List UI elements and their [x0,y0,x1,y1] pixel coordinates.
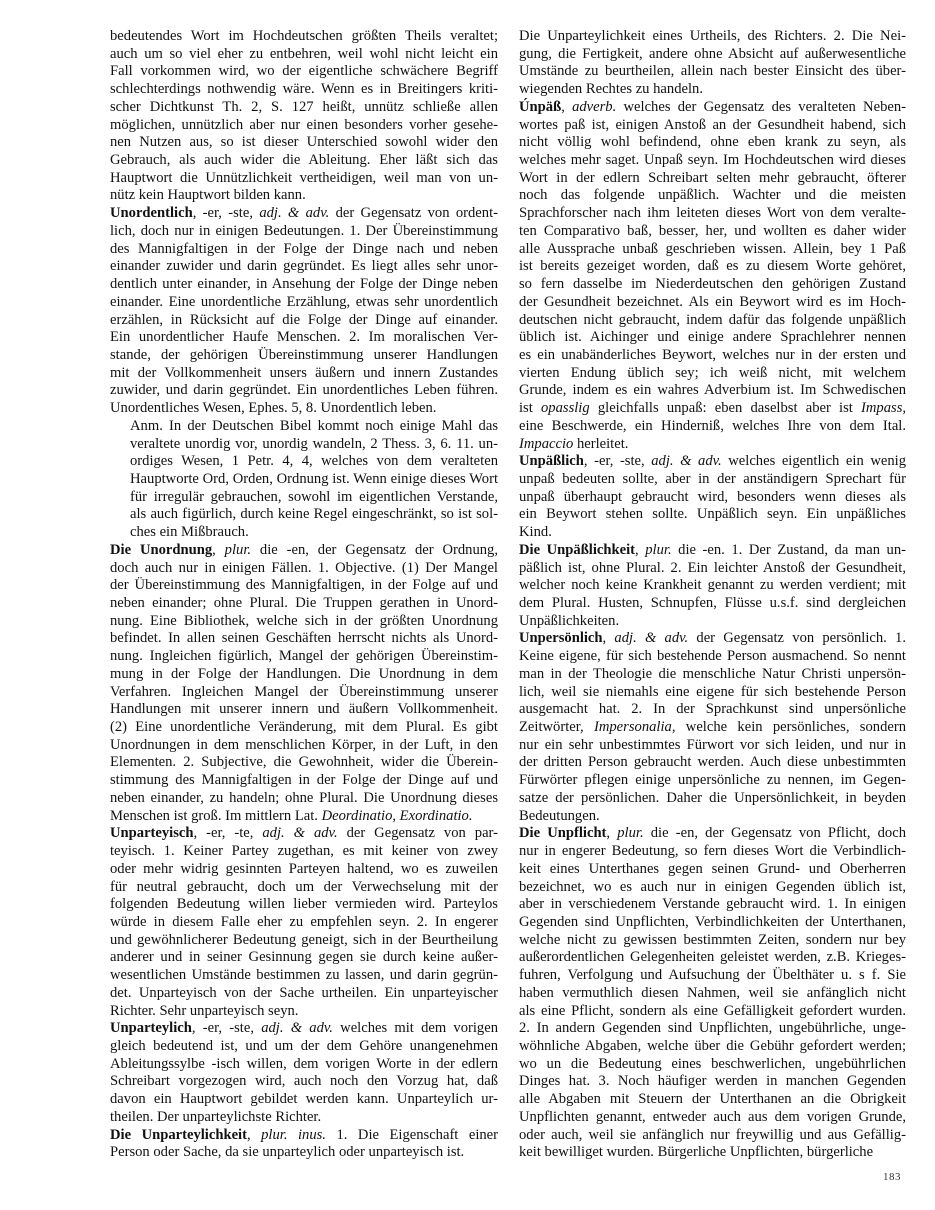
text-line: lich, weil sie niemahls eine eigene für … [519,684,906,702]
text-line: nung. Ingleichen figürlich, Mangel der g… [110,648,498,666]
grammar-label: adj. & adv. [614,630,688,646]
text-line: deutschen nicht gebraucht, indem dafür d… [519,312,906,330]
text-line: welches mehr saget. Unpaß seyn. Im Hochd… [519,152,906,170]
grammar-label: Impass, [861,400,906,416]
text-line: als eine Pflicht, sondern als eine Gefäl… [519,1003,906,1021]
text-line: einander. Eine unordentliche Erzählung, … [110,294,498,312]
text-line: oder mehr widrig gesinnten Parteyen halt… [110,861,498,879]
grammar-label: adverb. [572,99,616,115]
text-line: unpaß bedeuten sollte, aber in der anstä… [519,471,906,489]
text-line: für irregulär gebrauchen, sowohl im eige… [110,489,498,507]
entry-note: Anm. In der Deutschen Bibel kommt noch e… [110,418,498,542]
text-line: man in der Theologie die menschliche Nat… [519,666,906,684]
text-line: es ein unabänderliches Beywort, welches … [519,347,906,365]
text-line: gleich bedeutend ist, und um der dem Geh… [110,1038,498,1056]
text-line: wiegenden Rechtes zu handeln. [519,81,906,99]
text-line: üblich ist. Aichinger und einige andere … [519,329,906,347]
text-line: Umstände zu beurtheilen, allein nach bes… [519,63,906,81]
grammar-label: adj. & adv. [651,453,721,469]
text-line: teyisch. 1. Keiner Partey zugethan, es m… [110,843,498,861]
text-line: Anm. In der Deutschen Bibel kommt noch e… [110,418,498,436]
text-line: nen Nutzen aus, so ist dieser Unterschie… [110,134,498,152]
text-line: auch um so viel eher zu entbehren, weil … [110,46,498,64]
text-line: nung. Eine Bibliothek, welche sich in de… [110,613,498,631]
text-line: Sprachforscher nach ihm leiteten dieses … [519,205,906,223]
headword: Únpäß [519,99,561,115]
text-line: bezeichnet, wo es auch nur in einigen Ge… [519,879,906,897]
headword: Unpersönlich [519,630,603,646]
text-line: satze der persönlichen. Daher die Unpers… [519,790,906,808]
text-line: Richter. Sehr unparteyisch seyn. [110,1003,498,1021]
text-line: neben einander; ohne Plural. Die Truppen… [110,595,498,613]
text-line: Kind. [519,524,906,542]
text-line: außerordentlichen Gelegenheiten geleiste… [519,949,906,967]
headword: Die Unordnung [110,542,212,558]
text-line: für neutral gebraucht, doch um der Verwe… [110,879,498,897]
text-line: anderer und in seiner Gesinnung gegen si… [110,949,498,967]
left-column: bedeutendes Wort im Hochdeutschen größte… [110,28,498,1162]
text-line: mung in der Folge der Handlungen. Die Un… [110,666,498,684]
text-line: Unpäßlich, -er, -ste, adj. & adv. welche… [519,453,906,471]
text-line: so fern dasselbe im Niederdeutschen den … [519,276,906,294]
headword: Unordentlich [110,205,193,221]
text-line: Ein unordentlicher Haufe Menschen. 2. Im… [110,329,498,347]
text-line: ein Beywort stehen sollte. Unpäßlich sey… [519,506,906,524]
text-line: Unordentlich, -er, -ste, adj. & adv. der… [110,205,498,223]
grammar-label: adj. & adv. [261,1020,333,1036]
grammar-label: adj. & adv. [259,205,329,221]
headword: Die Unpflicht [519,825,606,841]
text-line: Gebrauch, als auch wider die Ableitung. … [110,152,498,170]
text-line: lich, doch nur in einigen Bedeutungen. 1… [110,223,498,241]
grammar-label: Impaccio [519,436,573,452]
dictionary-entry: Unpäßlich, -er, -ste, adj. & adv. welche… [519,453,906,542]
text-line: Bedeutungen. [519,808,906,826]
headword: Unpäßlich [519,453,584,469]
text-line: Die Unparteylichkeit, plur. inus. 1. Die… [110,1127,498,1145]
right-column: Die Unparteylichkeit eines Urtheils, des… [519,28,906,1162]
text-line: nur ein sehr unbestimmtes Fürwort vor si… [519,737,906,755]
text-line: Unpäßlichkeiten. [519,613,906,631]
text-line: scher Dichtkunst Th. 2, S. 127 heißt, un… [110,99,498,117]
text-line: theilen. Der unparteylichste Richter. [110,1109,498,1127]
text-line: Keine eigene, für sich bestehende Person… [519,648,906,666]
text-line: folgenden Bedeutung willen lieber vermie… [110,896,498,914]
text-line: päßlich ist, ohne Plural. 2. Ein leichte… [519,560,906,578]
text-line: dentlich unter einander, in Ansehung der… [110,276,498,294]
text-line: nur in engerer Bedeutung, so fern dieses… [519,843,906,861]
text-line: Fall vorkommen wird, wo der eigentliche … [110,63,498,81]
dictionary-entry: Die Unordnung, plur. die -en, der Gegens… [110,542,498,826]
text-line: Handlungen mit unserer innern und äußern… [110,701,498,719]
text-line: dem Plural. Husten, Schnupfen, Flüsse u.… [519,595,906,613]
text-line: keit bewilliget wurden. Bürgerliche Unpf… [519,1144,906,1162]
text-line: nicht völlig wohl befindend, ohne eben k… [519,134,906,152]
text-line: stimmung des Mannigfaltigen in der Folge… [110,772,498,790]
text-line: alle Abgaben mit Steuern der Unterthanen… [519,1091,906,1109]
text-line: keit eines Unterthanes gegen seinen Grun… [519,861,906,879]
headword: Unparteyisch [110,825,194,841]
text-line: einander zuwider und darin gegründet. Es… [110,258,498,276]
text-line: Die Unpflicht, plur. die -en, der Gegens… [519,825,906,843]
text-line: Unordnungen in dem menschlichen Körper, … [110,737,498,755]
text-line: möglichen, unnützlich aber nur einen bes… [110,117,498,135]
dictionary-entry: Die Unpflicht, plur. die -en, der Gegens… [519,825,906,1162]
text-line: haben vermuthlich diesen Nahmen, weil si… [519,985,906,1003]
dictionary-page: bedeutendes Wort im Hochdeutschen größte… [0,0,935,1210]
text-line: Wort in der edlern Schreibart selten meh… [519,170,906,188]
text-line: befindet. In allen seinen Geschäften her… [110,630,498,648]
text-line: Menschen ist groß. Im mittlern Lat. Deor… [110,808,498,826]
text-line: als auch figürlich, durch keine Regel ei… [110,506,498,524]
entry-continuation: Die Unparteylichkeit eines Urtheils, des… [519,28,906,99]
text-line: Unparteylich, -er, -ste, adj. & adv. wel… [110,1020,498,1038]
text-line: ches ein Mißbrauch. [110,524,498,542]
text-line: Zeitwörter, Impersonalia, welche kein pe… [519,719,906,737]
text-line: veraltete unordig vor, unordig wandeln, … [110,436,498,454]
text-line: unpaß überhaupt gebraucht wird, besonder… [519,489,906,507]
text-line: Die Unparteylichkeit eines Urtheils, des… [519,28,906,46]
text-line: bedeutendes Wort im Hochdeutschen größte… [110,28,498,46]
text-line: welche nicht zu gewissen bestimmten Zeit… [519,932,906,950]
dictionary-entry: Unparteyisch, -er, -te, adj. & adv. der … [110,825,498,1020]
text-line: noch das folgende unpäßlich. Wachter und… [519,187,906,205]
text-line: wöhnliche Abgaben, welche über die Gebüh… [519,1038,906,1056]
dictionary-entry: Unordentlich, -er, -ste, adj. & adv. der… [110,205,498,418]
text-line: zuwider, und darin gegründet. Ein unorde… [110,382,498,400]
text-line: Die Unpäßlichkeit, plur. die -en. 1. Der… [519,542,906,560]
text-line: Schreibart vorgezogen wird, auch noch de… [110,1073,498,1091]
text-line: wo un die Bedeutung eines beschwerlichen… [519,1056,906,1074]
text-line: wortes paß ist, einigen Anstoß an der Ge… [519,117,906,135]
grammar-label: plur. inus. [261,1127,326,1143]
text-line: und gewöhnlicherer Bedeutung geneigt, si… [110,932,498,950]
text-line: Gegenden sind Unpflichten, Verbindlichke… [519,914,906,932]
grammar-label: plur. [225,542,251,558]
dictionary-entry: Unpersönlich, adj. & adv. der Gegensatz … [519,630,906,825]
entry-continuation: bedeutendes Wort im Hochdeutschen größte… [110,28,498,205]
text-line: Unordentliches Wesen, Ephes. 5, 8. Unord… [110,400,498,418]
text-line: nütz kein Hauptwort bilden kann. [110,187,498,205]
text-line: des Mannigfaltigen in der Folge der Ding… [110,241,498,259]
text-line: aber in verschiedenem Verstande gebrauch… [519,896,906,914]
text-line: Únpäß, adverb. welches der Gegensatz des… [519,99,906,117]
text-line: davon ein Hauptwort gebildet werden kann… [110,1091,498,1109]
text-line: Elementen. 2. Subjective, die Gewohnheit… [110,754,498,772]
text-line: Fürwörter pflegen einige unpersönliche z… [519,772,906,790]
text-line: ausgemacht hat. 2. In der Sprachkunst si… [519,701,906,719]
text-line: Dinges hat. 3. Noch häufiger werden in m… [519,1073,906,1091]
text-line: Unpersönlich, adj. & adv. der Gegensatz … [519,630,906,648]
text-line: Unparteyisch, -er, -te, adj. & adv. der … [110,825,498,843]
text-line: welcher noch keine Krankheit genannt zu … [519,577,906,595]
text-line: 2. In andern Gegenden sind Unpflichten, … [519,1020,906,1038]
text-line: Die Unordnung, plur. die -en, der Gegens… [110,542,498,560]
text-line: Hauptworte Ord, Orden, Ordnung ist. Wenn… [110,471,498,489]
text-line: oder auch, weil sie anfänglich nur freyw… [519,1127,906,1145]
dictionary-entry: Die Unparteylichkeit, plur. inus. 1. Die… [110,1127,498,1162]
headword: Die Unparteylichkeit [110,1127,247,1143]
text-line: der Übereinstimmung des Mannigfaltigen, … [110,577,498,595]
grammar-label: Impersonalia, [594,719,675,735]
grammar-label: plur. [617,825,643,841]
text-line: Unpflichten genannt, entweder auch aus d… [519,1109,906,1127]
text-line: erzählen, in Rücksicht auf die Folge der… [110,312,498,330]
text-line: ordiges Wesen, 1 Petr. 4, 4, welches von… [110,453,498,471]
dictionary-entry: Die Unpäßlichkeit, plur. die -en. 1. Der… [519,542,906,631]
text-line: Ableitungssylbe -isch willen, dem vorige… [110,1056,498,1074]
text-line: würde in diesem Falle eher zu empfehlen … [110,914,498,932]
grammar-label: Deordinatio, Exordinatio. [322,808,473,824]
text-line: ten Comparativo baß, besser, her, und wo… [519,223,906,241]
text-line: doch auch nur in einigen Fällen. 1. Obje… [110,560,498,578]
text-line: ist opasslig gleichfalls unpaß: eben das… [519,400,906,418]
headword: Die Unpäßlichkeit [519,542,635,558]
text-line: eine Beschwerde, ein Hinderniß, welches … [519,418,906,436]
text-line: Person oder Sache, da sie unparteylich o… [110,1144,498,1162]
text-line: vierten Endung üblich sey; ich weiß nich… [519,365,906,383]
grammar-label: adj. & adv. [262,825,337,841]
text-line: ist bereits gezeiget worden, daß es zu d… [519,258,906,276]
text-line: schlechterdings nothwendig wäre. Wenn es… [110,81,498,99]
text-line: fuhren, Verfolgung und Aufsuchung der Üb… [519,967,906,985]
text-line: der dritten Person gebraucht werden. Auc… [519,754,906,772]
text-line: wesentlichen Umstände bestimmen zu lasse… [110,967,498,985]
dictionary-entry: Únpäß, adverb. welches der Gegensatz des… [519,99,906,453]
text-line: Grunde, indem es ein wahres Adverbium is… [519,382,906,400]
page-number: 183 [883,1171,901,1183]
text-line: alle Aussprache unbaß geschrieben wissen… [519,241,906,259]
headword: Unparteylich [110,1020,192,1036]
text-line: mit der Vollkommenheit unsers äußern und… [110,365,498,383]
dictionary-entry: Unparteylich, -er, -ste, adj. & adv. wel… [110,1020,498,1126]
text-line: stande, der gehörigen Übereinstimmung un… [110,347,498,365]
text-line: Impaccio herleitet. [519,436,906,454]
text-line: Hauptwort die Unnützlichkeit vertheidige… [110,170,498,188]
text-line: gung, die Fertigkeit, andere ohne Absich… [519,46,906,64]
text-line: det. Unparteyisch von der Sache urtheile… [110,985,498,1003]
text-line: Verfahren. Ingleichen Mangel der Überein… [110,684,498,702]
grammar-label: opasslig [541,400,590,416]
grammar-label: plur. [645,542,671,558]
text-line: der Gesundheit bezeichnet. Als ein Beywo… [519,294,906,312]
text-line: (2) Eine unordentliche Veränderung, mit … [110,719,498,737]
text-line: neben einander, zu handeln; ohne Plural.… [110,790,498,808]
